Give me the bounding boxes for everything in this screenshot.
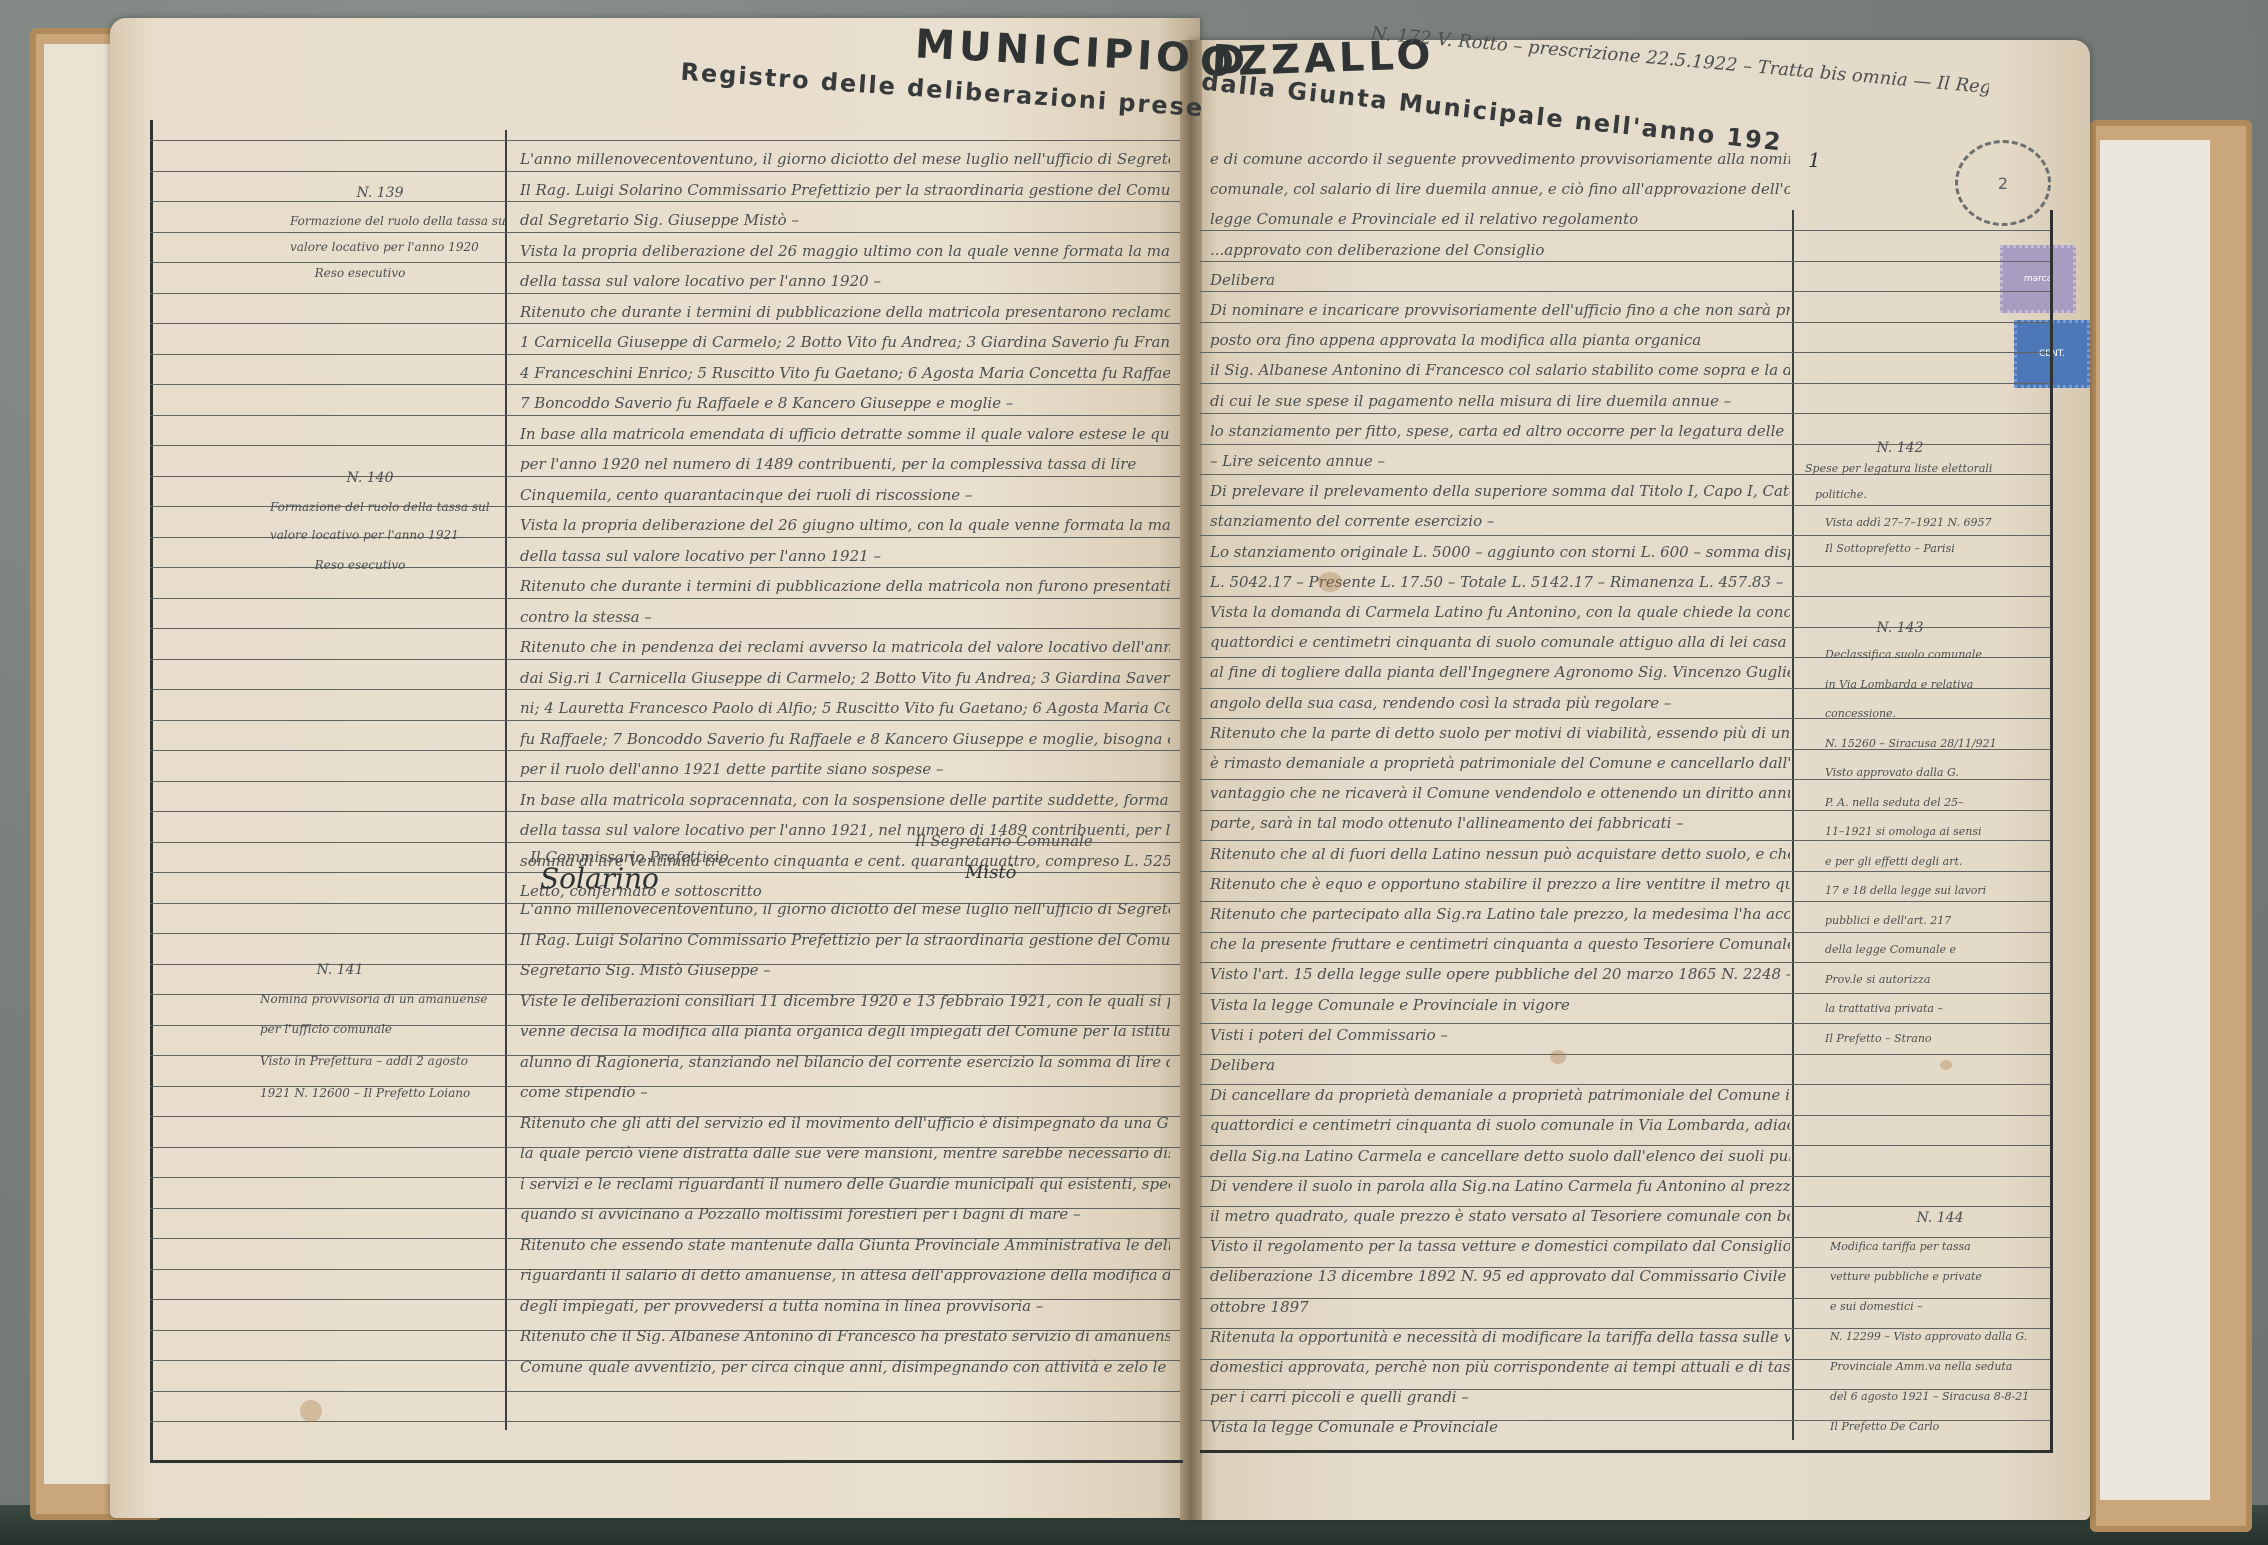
margin-note-line: Declassifica suolo comunale [1825, 648, 2050, 661]
handwritten-line: vantaggio che ne ricaverà il Comune vend… [1210, 784, 1790, 802]
signature-segretario-title: Il Segretario Comunale [915, 832, 1093, 850]
ruled-line [150, 476, 1180, 477]
ruled-line [150, 750, 1180, 751]
handwritten-line: degli impiegati, per provvedersi a tutta… [520, 1297, 1170, 1315]
handwritten-line: Ritenuto che in pendenza dei reclami avv… [520, 638, 1170, 656]
handwritten-line: Ritenuto che gli atti del servizio ed il… [520, 1114, 1170, 1132]
postmark-digit: 2 [1998, 174, 2008, 193]
margin-note-line: N. 15260 – Siracusa 28/11/921 [1825, 737, 2050, 750]
margin-note-line: vetture pubbliche e private [1830, 1270, 2060, 1283]
handwritten-line: quattordici e centimetri cinquanta di su… [1210, 1116, 1790, 1134]
ruled-line [1200, 962, 2050, 963]
ruled-line [150, 384, 1180, 385]
ruled-line [1200, 505, 2050, 506]
book-gutter [1180, 40, 1202, 1520]
handwritten-line: contro la stessa – [520, 608, 1170, 626]
handwritten-line: Viste le deliberazioni consiliari 11 dic… [520, 992, 1170, 1010]
margin-note-line: pubblici e dell'art. 217 [1825, 914, 2050, 927]
margin-note-line: Visto approvato dalla G. [1825, 766, 2050, 779]
handwritten-line: Vista la legge Comunale e Provinciale in… [1210, 996, 1790, 1014]
handwritten-line: – Lire seicento annue – [1210, 452, 1790, 470]
handwritten-line: Ritenuto che durante i termini di pubbli… [520, 303, 1170, 321]
ruled-line [150, 689, 1180, 690]
handwritten-line: comunale, col salario di lire duemila an… [1210, 180, 1790, 198]
margin-note-line: Il Prefetto De Carlo [1830, 1420, 2060, 1433]
ruled-line [1200, 993, 2050, 994]
ruled-line [1200, 1023, 2050, 1024]
handwritten-line: Ritenuto che è equo e opportuno stabilir… [1210, 875, 1790, 893]
handwritten-line: In base alla matricola emendata di uffic… [520, 425, 1170, 443]
ruled-line [150, 323, 1180, 324]
handwritten-line: Ritenuto che la parte di detto suolo per… [1210, 724, 1790, 742]
ruled-line [1200, 322, 2050, 323]
handwritten-line: deliberazione 13 dicembre 1892 N. 95 ed … [1210, 1267, 1790, 1285]
handwritten-line: quattordici e centimetri cinquanta di su… [1210, 633, 1790, 651]
handwritten-line: riguardanti il salario di detto amanuens… [520, 1266, 1170, 1284]
ruled-line [1200, 352, 2050, 353]
ruled-line [150, 781, 1180, 782]
ruled-line [1200, 230, 2050, 231]
handwritten-line: Di cancellare da proprietà demaniale a p… [1210, 1086, 1790, 1104]
handwritten-line: Visti i poteri del Commissario – [1210, 1026, 1790, 1044]
handwritten-line: Ritenuto che al di fuori della Latino ne… [1210, 845, 1790, 863]
paper-stain [1550, 1050, 1566, 1064]
handwritten-line: dal Segretario Sig. Giuseppe Mistò – [520, 211, 1170, 229]
ruled-line [150, 445, 1180, 446]
ruled-line [1200, 566, 2050, 567]
handwritten-line: che la presente fruttare e centimetri ci… [1210, 935, 1790, 953]
handwritten-line: Visto l'art. 15 della legge sulle opere … [1210, 965, 1790, 983]
margin-note-line: e sui domestici – [1830, 1300, 2060, 1313]
margin-note-line: in Via Lombarda e relativa [1825, 678, 2050, 691]
handwritten-line: 4 Franceschini Enrico; 5 Ruscitto Vito f… [520, 364, 1170, 382]
handwritten-line: Di prelevare il prelevamento della super… [1210, 482, 1790, 500]
handwritten-line: Delibera [1210, 271, 1790, 289]
handwritten-line: Di vendere il suolo in parola alla Sig.n… [1210, 1177, 1790, 1195]
handwritten-line: L. 5042.17 – Presente L. 17.50 – Totale … [1210, 573, 1790, 591]
handwritten-line: Visto il regolamento per la tassa vettur… [1210, 1237, 1790, 1255]
handwritten-line: parte, sarà in tal modo ottenuto l'allin… [1210, 814, 1790, 832]
handwritten-line: di cui le sue spese il pagamento nella m… [1210, 392, 1790, 410]
ruled-line [1200, 1054, 2050, 1055]
handwritten-line: quando si avvicinano a Pozzallo moltissi… [520, 1205, 1170, 1223]
ruled-line [1200, 413, 2050, 414]
page-edges-right [2100, 140, 2210, 1500]
handwritten-line: lo stanziamento per fitto, spese, carta … [1210, 422, 1790, 440]
handwritten-line: Ritenuto che il Sig. Albanese Antonino d… [520, 1327, 1170, 1345]
ruled-line [150, 659, 1180, 660]
handwritten-line: 7 Boncoddo Saverio fu Raffaele e 8 Kance… [520, 394, 1170, 412]
handwritten-line: Il Rag. Luigi Solarino Commissario Prefe… [520, 931, 1170, 949]
handwritten-line: L'anno millenovecentoventuno, il giorno … [520, 900, 1170, 918]
ruled-line [1200, 901, 2050, 902]
handwritten-line: per l'anno 1920 nel numero di 1489 contr… [520, 455, 1170, 473]
handwritten-line: è rimasto demaniale a proprietà patrimon… [1210, 754, 1790, 772]
handwritten-line: della tassa sul valore locativo per l'an… [520, 547, 1170, 565]
handwritten-line: Ritenuta la opportunità e necessità di m… [1210, 1328, 1790, 1346]
margin-note-line: della legge Comunale e [1825, 943, 2050, 956]
paper-stain [1940, 1060, 1952, 1070]
handwritten-line: Il Rag. Luigi Solarino Commissario Prefe… [520, 181, 1170, 199]
handwritten-line: il Sig. Albanese Antonino di Francesco c… [1210, 361, 1790, 379]
margin-note-line: del 6 agosto 1921 – Siracusa 8-8-21 [1830, 1390, 2060, 1403]
ruled-line [1200, 596, 2050, 597]
margin-note-line: Il Prefetto – Strano [1825, 1032, 2050, 1045]
ruled-line [1200, 535, 2050, 536]
margin-note-line: 17 e 18 della legge sui lavori [1825, 884, 2050, 897]
margin-note-line: Provinciale Amm.va nella seduta [1830, 1360, 2060, 1373]
handwritten-line: ...approvato con deliberazione del Consi… [1210, 241, 1790, 259]
ruled-line [150, 598, 1180, 599]
ruled-line [1200, 1115, 2050, 1116]
handwritten-line: stanziamento del corrente esercizio – [1210, 512, 1790, 530]
handwritten-line: al fine di togliere dalla pianta dell'In… [1210, 663, 1790, 681]
margin-note-line: Prov.le si autorizza [1825, 973, 2050, 986]
handwritten-line: Ritenuto che durante i termini di pubbli… [520, 577, 1170, 595]
ruled-line [150, 293, 1180, 294]
ruled-line [150, 201, 1180, 202]
handwritten-line: Lo stanziamento originale L. 5000 – aggi… [1210, 543, 1790, 561]
ruled-line [1200, 1084, 2050, 1085]
handwritten-line: la quale perciò viene distratta dalle su… [520, 1144, 1170, 1162]
handwritten-line: venne decisa la modifica alla pianta org… [520, 1022, 1170, 1040]
handwritten-line: angolo della sua casa, rendendo così la … [1210, 694, 1790, 712]
margin-note-line: la trattativa privata – [1825, 1002, 2050, 1015]
handwritten-line: posto ora fino appena approvata la modif… [1210, 331, 1790, 349]
handwritten-line: Ritenuto che essendo state mantenute dal… [520, 1236, 1170, 1254]
ruled-line [1200, 261, 2050, 262]
signature-commissario: Solarino [540, 862, 659, 895]
right-margin-column-divider [1792, 210, 1794, 1440]
ruled-line [150, 811, 1180, 812]
handwritten-line: Cinquemila, cento quarantacinque dei ruo… [520, 486, 1170, 504]
ruled-line [150, 415, 1180, 416]
handwritten-line: Comune quale avventizio, per circa cinqu… [520, 1358, 1170, 1376]
ruled-line [1200, 932, 2050, 933]
handwritten-line: per il ruolo dell'anno 1921 dette partit… [520, 760, 1170, 778]
handwritten-line: L'anno millenovecentoventuno, il giorno … [520, 150, 1170, 168]
handwritten-line: Vista la propria deliberazione del 26 gi… [520, 516, 1170, 534]
ruled-line [1200, 810, 2050, 811]
header-year-suffix: 1 [1808, 148, 1821, 172]
handwritten-line: i servizi e le reclami riguardanti il nu… [520, 1175, 1170, 1193]
handwritten-line: per i carri piccoli e quelli grandi – [1210, 1388, 1790, 1406]
handwritten-line: Vista la legge Comunale e Provinciale [1210, 1418, 1790, 1436]
handwritten-line: legge Comunale e Provinciale ed il relat… [1210, 210, 1790, 228]
handwritten-line: In base alla matricola sopracennata, con… [520, 791, 1170, 809]
ruled-line [150, 262, 1180, 263]
handwritten-line: Segretario Sig. Mistò Giuseppe – [520, 961, 1170, 979]
ruled-line [150, 354, 1180, 355]
handwritten-line: ottobre 1897 [1210, 1298, 1790, 1316]
handwritten-line: domestici approvata, perchè non più corr… [1210, 1358, 1790, 1376]
handwritten-line: Delibera [1210, 1056, 1790, 1074]
handwritten-line: della tassa sul valore locativo per l'an… [520, 272, 1170, 290]
paper-stain [1318, 572, 1342, 592]
margin-note-line: concessione. [1825, 707, 2050, 720]
handwritten-line: della Sig.na Latino Carmela e cancellare… [1210, 1147, 1790, 1165]
signature-segretario: Mistò [965, 862, 1017, 883]
ruled-line [1200, 871, 2050, 872]
handwritten-line: 1 Carnicella Giuseppe di Carmelo; 2 Bott… [520, 333, 1170, 351]
ruled-line [1200, 840, 2050, 841]
handwritten-line: Ritenuto che partecipato alla Sig.ra Lat… [1210, 905, 1790, 923]
margin-note-line: 11–1921 si omologa ai sensi [1825, 825, 2050, 838]
ruled-line [150, 140, 1180, 141]
margin-note-line: e per gli effetti degli art. [1825, 855, 2050, 868]
ruled-line [150, 720, 1180, 721]
ruled-line [1200, 779, 2050, 780]
handwritten-line: dai Sig.ri 1 Carnicella Giuseppe di Carm… [520, 669, 1170, 687]
ruled-line [150, 232, 1180, 233]
handwritten-line: fu Raffaele; 7 Boncoddo Saverio fu Raffa… [520, 730, 1170, 748]
handwritten-line: Vista la domanda di Carmela Latino fu An… [1210, 603, 1790, 621]
ruled-line [1200, 383, 2050, 384]
ruled-line [150, 628, 1180, 629]
handwritten-line: come stipendio – [520, 1083, 1170, 1101]
ruled-line [150, 872, 1180, 873]
margin-note-line: N. 12299 – Visto approvato dalla G. [1830, 1330, 2060, 1343]
handwritten-line: e di comune accordo il seguente provvedi… [1210, 150, 1790, 168]
paper-stain [300, 1400, 322, 1422]
handwritten-line: Di nominare e incaricare provvisoriament… [1210, 301, 1790, 319]
margin-note-line: P. A. nella seduta del 25– [1825, 796, 2050, 809]
ruled-line [1200, 291, 2050, 292]
ruled-line [150, 171, 1180, 172]
ruled-line [150, 1421, 1180, 1422]
ruled-line [150, 1391, 1180, 1392]
handwritten-line: alunno di Ragioneria, stanziando nel bil… [520, 1053, 1170, 1071]
handwritten-line: Vista la propria deliberazione del 26 ma… [520, 242, 1170, 260]
margin-note-line: Modifica tariffa per tassa [1830, 1240, 2060, 1253]
handwritten-line: il metro quadrato, quale prezzo è stato … [1210, 1207, 1790, 1225]
handwritten-line: ni; 4 Lauretta Francesco Paolo di Alfio;… [520, 699, 1170, 717]
